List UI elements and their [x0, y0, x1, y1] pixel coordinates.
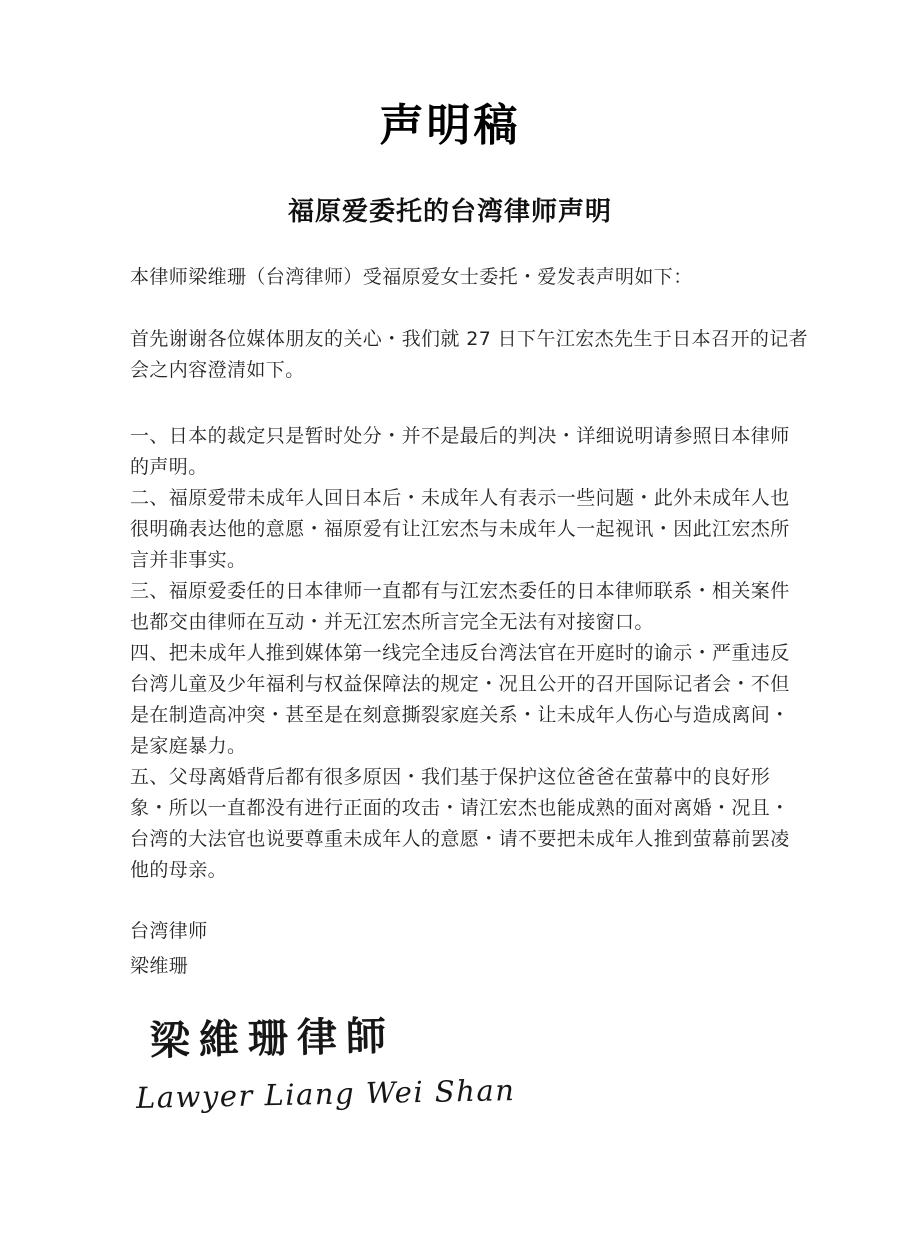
- text-line: 的声明。: [130, 452, 820, 483]
- signature-english-text: Lawyer Liang Wei Shan: [136, 1068, 516, 1120]
- text-line: 台湾的大法官也说要尊重未成年人的意愿・请不要把未成年人推到萤幕前罢凌: [130, 824, 820, 855]
- text-line: 也都交由律师在互动・并无江宏杰所言完全无法有对接窗口。: [130, 607, 820, 638]
- statement-page: 声明稿 福原爱委托的台湾律师声明 本律师梁维珊（台湾律师）受福原爱女士委托・爱发…: [0, 0, 900, 1252]
- text-line: 象・所以一直都没有进行正面的攻击・请江宏杰也能成熟的面对离婚・况且・: [130, 793, 820, 824]
- closing-role: 台湾律师: [130, 914, 208, 949]
- text-line: 是在制造高冲突・甚至是在刻意撕裂家庭关系・让未成年人伤心与造成离间・: [130, 700, 820, 731]
- text-line: 首先谢谢各位媒体朋友的关心・我们就 27 日下午江宏杰先生于日本召开的记者: [130, 324, 820, 355]
- text-line: 二、福原爱带未成年人回日本后・未成年人有表示一些问题・此外未成年人也: [130, 483, 820, 514]
- text-line: 本律师梁维珊（台湾律师）受福原爱女士委托・爱发表声明如下：: [130, 262, 820, 293]
- document-title: 声明稿: [0, 98, 900, 154]
- text-line: 三、福原爱委任的日本律师一直都有与江宏杰委任的日本律师联系・相关案件: [130, 576, 820, 607]
- document-subtitle: 福原爱委托的台湾律师声明: [0, 195, 900, 229]
- text-line: 五、父母离婚背后都有很多原因・我们基于保护这位爸爸在萤幕中的良好形: [130, 762, 820, 793]
- numbered-points: 一、日本的裁定只是暂时处分・并不是最后的判决・详细说明请参照日本律师的声明。二、…: [130, 421, 820, 886]
- closing-name: 梁维珊: [130, 949, 208, 984]
- intro-paragraph: 本律师梁维珊（台湾律师）受福原爱女士委托・爱发表声明如下：: [130, 262, 820, 293]
- text-line: 会之内容澄清如下。: [130, 355, 820, 386]
- text-line: 四、把未成年人推到媒体第一线完全违反台湾法官在开庭时的谕示・严重违反: [130, 638, 820, 669]
- text-line: 他的母亲。: [130, 855, 820, 886]
- text-line: 是家庭暴力。: [130, 731, 820, 762]
- closing-block: 台湾律师 梁维珊: [130, 914, 208, 984]
- text-line: 台湾儿童及少年福利与权益保障法的规定・况且公开的召开国际记者会・不但: [130, 669, 820, 700]
- text-line: 很明确表达他的意愿・福原爱有让江宏杰与未成年人一起视讯・因此江宏杰所: [130, 514, 820, 545]
- text-line: 言并非事实。: [130, 545, 820, 576]
- signature-chinese-text: 梁維珊律師: [149, 1009, 395, 1068]
- text-line: 一、日本的裁定只是暂时处分・并不是最后的判决・详细说明请参照日本律师: [130, 421, 820, 452]
- opening-paragraph: 首先谢谢各位媒体朋友的关心・我们就 27 日下午江宏杰先生于日本召开的记者会之内…: [130, 324, 820, 386]
